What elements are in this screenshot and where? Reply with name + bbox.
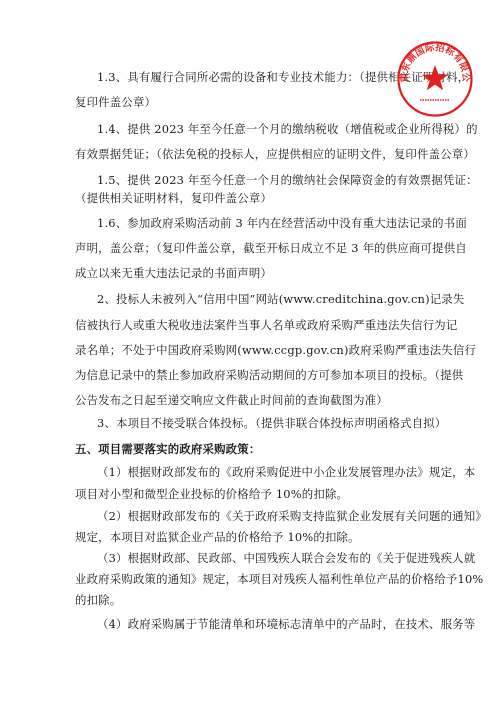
text-line-2-cont2: 录名单；不处于中国政府采购网(www.ccgp.gov.cn)政府采购严重违法失… (75, 343, 476, 357)
seal-graphic: 甘肃东鼎国际招标有限公司 (396, 40, 474, 118)
policy-line-2-cont: 规定，本项目对监狱企业产品的价格给予 10%的扣除。 (75, 530, 360, 544)
document-page: 1.3、具有履行合同所必需的设备和专业技术能力：（提供相关证明材料， 复印件盖公… (0, 0, 500, 706)
text-line-2: 2、投标人未被列入“信用中国”网站(www.creditchina.gov.cn… (97, 292, 465, 306)
company-seal: 甘肃东鼎国际招标有限公司 (396, 40, 474, 118)
text-line-1-4-cont: 有效票据凭证；（依法免税的投标人，应提供相应的证明文件，复印件盖公章） (75, 147, 475, 161)
text-line-1-6-cont: 声明，盖公章；（复印件盖公章，截至开标日成立不足 3 年的供应商可提供自 (75, 241, 467, 255)
text-line-3: 3、本项目不接受联合体投标。（提供非联合体投标声明函格式自拟） (97, 416, 446, 430)
policy-line-1-cont: 项目对小型和微型企业投标的价格给予 10%的扣除。 (75, 487, 348, 501)
section-heading: 五、项目需要落实的政府采购政策： (75, 442, 260, 456)
text-line-1-6-cont2: 成立以来无重大违法记录的书面声明） (75, 266, 272, 280)
policy-line-4: （4）政府采购属于节能清单和环境标志清单中的产品时，在技术、服务等 (97, 617, 475, 631)
policy-line-1: （1）根据财政部发布的《政府采购促进中小企业发展管理办法》规定，本 (97, 465, 475, 479)
star-icon (422, 65, 449, 90)
text-line-2-cont4: 公告发布之日起至递交响应文件截止时间前的查询截图为准） (75, 393, 388, 407)
policy-line-3-cont: 业政府采购政策的通知》规定，本项目对残疾人福利性单位产品的价格给予10% (75, 572, 483, 586)
text-line-2-cont3: 为信息记录中的禁止参加政府采购活动期间的方可参加本项目的投标。（提供 (75, 368, 463, 382)
policy-line-2: （2）根据财政部发布的《关于政府采购支持监狱企业发展有关问题的通知》 (97, 509, 487, 523)
text-line-1-5: 1.5、提供 2023 年至今任意一个月的缴纳社会保障资金的有效票据凭证： (97, 173, 478, 187)
text-line-1-3-cont: 复印件盖公章） (75, 95, 156, 109)
text-line-2-cont: 信被执行人或重大税收违法案件当事人名单或政府采购严重违法失信行为记 (75, 318, 458, 332)
policy-line-3-cont2: 的扣除。 (75, 593, 121, 607)
text-line-1-5-cont: （提供相关证明材料，复印件盖公章） (75, 191, 272, 205)
text-line-1-6: 1.6、参加政府采购活动前 3 年内在经营活动中没有重大违法记录的书面 (97, 216, 467, 230)
policy-line-3: （3）根据财政部、民政部、中国残疾人联合会发布的《关于促进残疾人就 (97, 551, 475, 565)
text-line-1-4: 1.4、提供 2023 年至今任意一个月的缴纳税收（增值税或企业所得税）的 (97, 122, 478, 136)
